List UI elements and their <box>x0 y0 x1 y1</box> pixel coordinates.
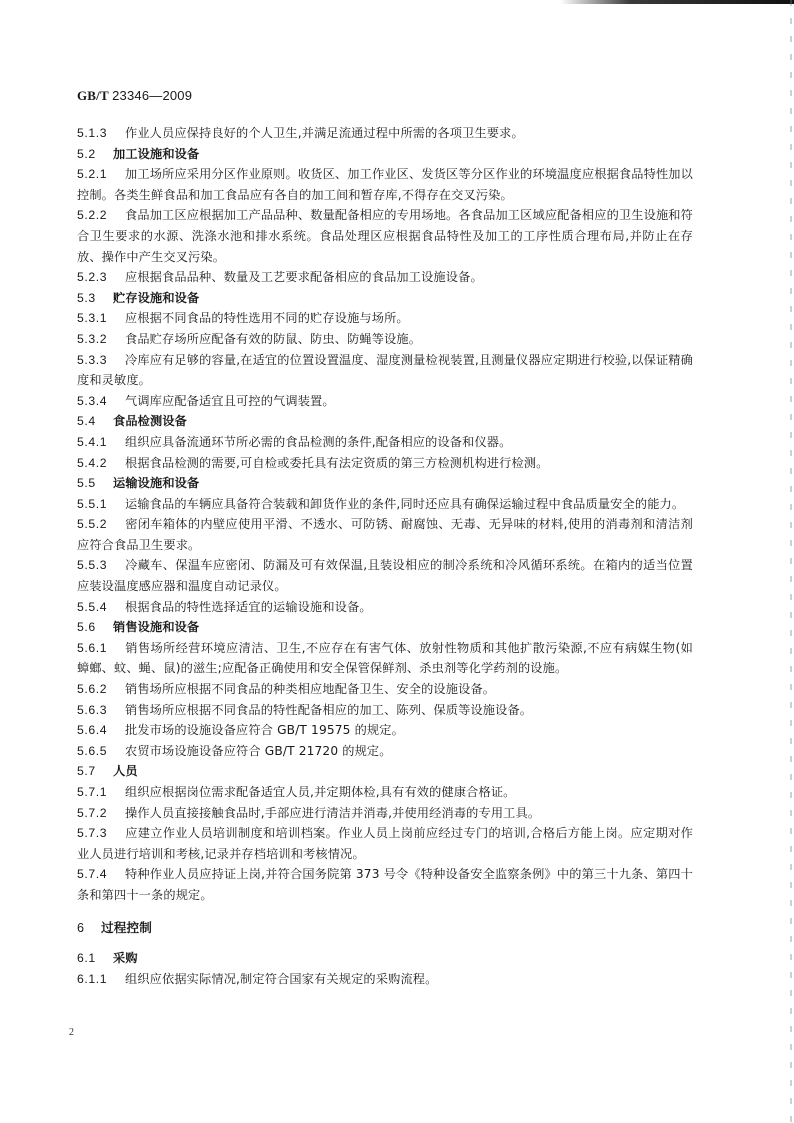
clause-text: 组织应依据实际情况,制定符合国家有关规定的采购流程。 <box>125 972 437 986</box>
clause-text: 密闭车箱体的内壁应使用平滑、不透水、可防锈、耐腐蚀、无毒、无异味的材料,使用的消… <box>77 517 693 552</box>
clause-number: 6.1 <box>77 948 107 969</box>
section-heading: 6过程控制 <box>77 918 693 939</box>
clause-text: 加工设施和设备 <box>113 147 199 161</box>
standard-number: 23346—2009 <box>112 88 192 103</box>
clause-text: 冷藏车、保温车应密闭、防漏及可有效保温,且装设相应的制冷系统和冷风循环系统。在箱… <box>77 558 693 593</box>
clause-text: 农贸市场设施设备应符合 GB/T 21720 的规定。 <box>125 744 392 758</box>
clause-number: 6.1.1 <box>77 969 119 990</box>
clause-text: 贮存设施和设备 <box>113 291 199 305</box>
clause-number: 5.6.2 <box>77 679 119 700</box>
clause-text: 冷库应有足够的容量,在适宜的位置设置温度、湿度测量检视装置,且测量仪器应定期进行… <box>77 353 693 388</box>
subsection-heading: 5.3贮存设施和设备 <box>77 288 693 309</box>
clause-paragraph: 5.2.3应根据食品品种、数量及工艺要求配备相应的食品加工设施设备。 <box>77 267 693 288</box>
clause-paragraph: 5.4.2根据食品检测的需要,可自检或委托具有法定资质的第三方检测机构进行检测。 <box>77 453 693 474</box>
clause-number: 5.6 <box>77 617 107 638</box>
clause-paragraph: 5.3.4气调库应配备适宜且可控的气调装置。 <box>77 391 693 412</box>
clause-number: 5.7.1 <box>77 782 119 803</box>
clause-number: 5.5.2 <box>77 514 119 535</box>
scan-edge-artifact <box>560 0 794 4</box>
clause-paragraph: 5.7.3应建立作业人员培训制度和培训档案。作业人员上岗前应经过专门的培训,合格… <box>77 823 693 864</box>
clause-number: 5.2.2 <box>77 205 119 226</box>
clause-text: 气调库应配备适宜且可控的气调装置。 <box>125 394 335 408</box>
clause-paragraph: 5.6.2销售场所应根据不同食品的种类相应地配备卫生、安全的设施设备。 <box>77 679 693 700</box>
subsection-heading: 5.4食品检测设备 <box>77 411 693 432</box>
clause-number: 5.5.3 <box>77 555 119 576</box>
clause-text: 食品加工区应根据加工产品品种、数量配备相应的专用场地。各食品加工区域应配备相应的… <box>77 208 693 263</box>
clause-number: 5.3.1 <box>77 308 119 329</box>
subsection-heading: 5.5运输设施和设备 <box>77 473 693 494</box>
clause-number: 5.7.4 <box>77 864 119 885</box>
clause-number: 5.4.1 <box>77 432 119 453</box>
clause-number: 5.6.4 <box>77 720 119 741</box>
clause-paragraph: 5.3.3冷库应有足够的容量,在适宜的位置设置温度、湿度测量检视装置,且测量仪器… <box>77 350 693 391</box>
standard-header: GB/T 23346—2009 <box>77 88 192 104</box>
scan-right-edge-artifact <box>790 0 792 1123</box>
page-number: 2 <box>69 1027 74 1038</box>
clause-text: 作业人员应保持良好的个人卫生,并满足流通过程中所需的各项卫生要求。 <box>125 126 524 140</box>
clause-number: 5.6.1 <box>77 638 119 659</box>
clause-text: 组织应根据岗位需求配备适宜人员,并定期体检,具有有效的健康合格证。 <box>125 785 516 799</box>
clause-number: 5.5.1 <box>77 494 119 515</box>
clause-text: 人员 <box>113 764 138 778</box>
clause-paragraph: 5.3.1应根据不同食品的特性选用不同的贮存设施与场所。 <box>77 308 693 329</box>
clause-paragraph: 5.3.2食品贮存场所应配备有效的防鼠、防虫、防蝇等设施。 <box>77 329 693 350</box>
clause-text: 运输设施和设备 <box>113 476 199 490</box>
clause-paragraph: 5.2.2食品加工区应根据加工产品品种、数量配备相应的专用场地。各食品加工区域应… <box>77 205 693 267</box>
clause-number: 5.3.3 <box>77 350 119 371</box>
clause-number: 5.1.3 <box>77 123 119 144</box>
clause-text: 根据食品的特性选择适宜的运输设施和设备。 <box>125 600 372 614</box>
clause-paragraph: 5.5.4根据食品的特性选择适宜的运输设施和设备。 <box>77 597 693 618</box>
clause-text: 组织应具备流通环节所必需的食品检测的条件,配备相应的设备和仪器。 <box>125 435 512 449</box>
clause-paragraph: 5.5.2密闭车箱体的内壁应使用平滑、不透水、可防锈、耐腐蚀、无毒、无异味的材料… <box>77 514 693 555</box>
clause-number: 5.4.2 <box>77 453 119 474</box>
clause-text: 操作人员直接接触食品时,手部应进行清洁并消毒,并使用经消毒的专用工具。 <box>125 806 540 820</box>
clause-paragraph: 5.6.5农贸市场设施设备应符合 GB/T 21720 的规定。 <box>77 741 693 762</box>
clause-number: 5.6.5 <box>77 741 119 762</box>
clause-paragraph: 6.1.1组织应依据实际情况,制定符合国家有关规定的采购流程。 <box>77 969 693 990</box>
clause-text: 根据食品检测的需要,可自检或委托具有法定资质的第三方检测机构进行检测。 <box>125 456 549 470</box>
clause-text: 采购 <box>113 951 138 965</box>
clause-paragraph: 5.7.1组织应根据岗位需求配备适宜人员,并定期体检,具有有效的健康合格证。 <box>77 782 693 803</box>
clause-number: 5.6.3 <box>77 700 119 721</box>
clause-number: 5.5 <box>77 473 107 494</box>
clause-text: 运输食品的车辆应具备符合装载和卸货作业的条件,同时还应具有确保运输过程中食品质量… <box>125 497 684 511</box>
clause-paragraph: 5.6.3销售场所应根据不同食品的特性配备相应的加工、陈列、保质等设施设备。 <box>77 700 693 721</box>
subsection-heading: 5.7人员 <box>77 761 693 782</box>
document-body: 5.1.3作业人员应保持良好的个人卫生,并满足流通过程中所需的各项卫生要求。5.… <box>77 123 693 989</box>
clause-number: 5.7.2 <box>77 803 119 824</box>
standard-id: GB/T <box>77 88 109 103</box>
clause-number: 5.7 <box>77 761 107 782</box>
subsection-heading: 5.6销售设施和设备 <box>77 617 693 638</box>
clause-text: 批发市场的设施设备应符合 GB/T 19575 的规定。 <box>125 723 404 737</box>
clause-paragraph: 5.7.4特种作业人员应持证上岗,并符合国务院第 373 号令《特种设备安全监察… <box>77 864 693 905</box>
clause-text: 销售场所经营环境应清洁、卫生,不应存在有害气体、放射性物质和其他扩散污染源,不应… <box>77 641 693 676</box>
clause-number: 5.2.3 <box>77 267 119 288</box>
clause-text: 特种作业人员应持证上岗,并符合国务院第 373 号令《特种设备安全监察条例》中的… <box>77 867 693 902</box>
clause-paragraph: 5.2.1加工场所应采用分区作业原则。收货区、加工作业区、发货区等分区作业的环境… <box>77 164 693 205</box>
subsection-heading: 6.1采购 <box>77 948 693 969</box>
clause-paragraph: 5.6.4批发市场的设施设备应符合 GB/T 19575 的规定。 <box>77 720 693 741</box>
clause-number: 6 <box>77 918 95 939</box>
clause-number: 5.4 <box>77 411 107 432</box>
clause-paragraph: 5.1.3作业人员应保持良好的个人卫生,并满足流通过程中所需的各项卫生要求。 <box>77 123 693 144</box>
clause-paragraph: 5.7.2操作人员直接接触食品时,手部应进行清洁并消毒,并使用经消毒的专用工具。 <box>77 803 693 824</box>
clause-number: 5.7.3 <box>77 823 119 844</box>
clause-text: 食品贮存场所应配备有效的防鼠、防虫、防蝇等设施。 <box>125 332 421 346</box>
clause-paragraph: 5.6.1销售场所经营环境应清洁、卫生,不应存在有害气体、放射性物质和其他扩散污… <box>77 638 693 679</box>
clause-text: 应根据不同食品的特性选用不同的贮存设施与场所。 <box>125 311 409 325</box>
clause-paragraph: 5.5.1运输食品的车辆应具备符合装载和卸货作业的条件,同时还应具有确保运输过程… <box>77 494 693 515</box>
clause-text: 应根据食品品种、数量及工艺要求配备相应的食品加工设施设备。 <box>125 270 483 284</box>
clause-text: 销售场所应根据不同食品的特性配备相应的加工、陈列、保质等设施设备。 <box>125 703 532 717</box>
clause-number: 5.5.4 <box>77 597 119 618</box>
clause-number: 5.3 <box>77 288 107 309</box>
subsection-heading: 5.2加工设施和设备 <box>77 144 693 165</box>
clause-text: 应建立作业人员培训制度和培训档案。作业人员上岗前应经过专门的培训,合格后方能上岗… <box>77 826 693 861</box>
clause-text: 过程控制 <box>101 920 152 935</box>
clause-number: 5.2.1 <box>77 164 119 185</box>
clause-number: 5.3.4 <box>77 391 119 412</box>
clause-text: 销售场所应根据不同食品的种类相应地配备卫生、安全的设施设备。 <box>125 682 495 696</box>
clause-paragraph: 5.5.3冷藏车、保温车应密闭、防漏及可有效保温,且装设相应的制冷系统和冷风循环… <box>77 555 693 596</box>
clause-number: 5.2 <box>77 144 107 165</box>
clause-paragraph: 5.4.1组织应具备流通环节所必需的食品检测的条件,配备相应的设备和仪器。 <box>77 432 693 453</box>
clause-text: 加工场所应采用分区作业原则。收货区、加工作业区、发货区等分区作业的环境温度应根据… <box>77 167 693 202</box>
clause-text: 食品检测设备 <box>113 414 187 428</box>
clause-text: 销售设施和设备 <box>113 620 199 634</box>
clause-number: 5.3.2 <box>77 329 119 350</box>
